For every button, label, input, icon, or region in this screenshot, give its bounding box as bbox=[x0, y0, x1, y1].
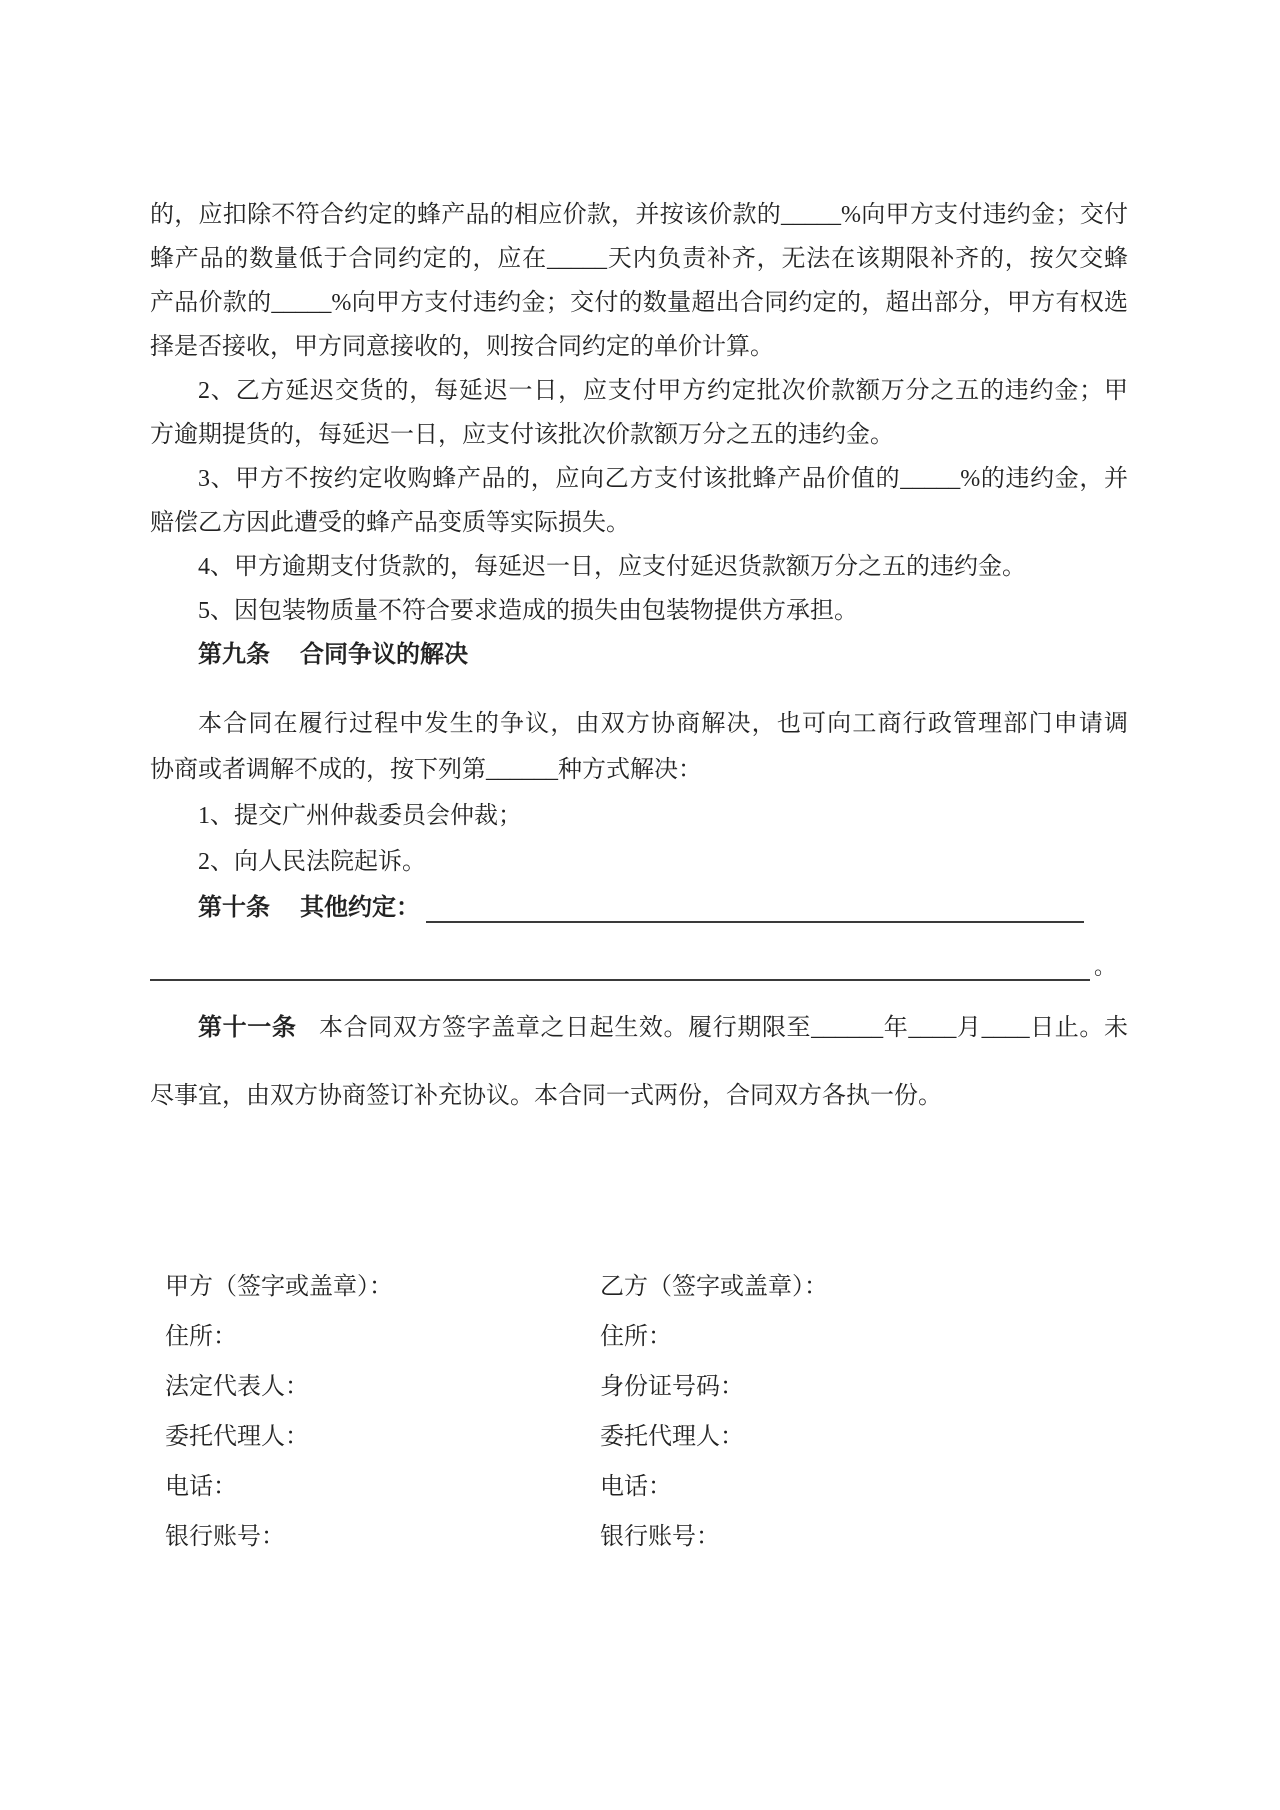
signature-party-a: 甲方（签字或盖章）： 住所： 法定代表人： 委托代理人： 电话： 银行账号： bbox=[165, 1262, 600, 1562]
party-b-phone: 电话： bbox=[600, 1462, 828, 1512]
body-line-item3: 3、甲方不按约定收购蜂产品的，应向乙方支付该批蜂产品价值的_____%的违约金，… bbox=[150, 457, 1128, 501]
clause9-heading: 第九条合同争议的解决 bbox=[150, 633, 1128, 677]
body-line-item4: 4、甲方逾期支付货款的，每延迟一日，应支付延迟货款额万分之五的违约金。 bbox=[150, 545, 1128, 589]
body-line: 择是否接收，甲方同意接收的，则按合同约定的单价计算。 bbox=[150, 325, 1128, 369]
clause9-option1: 1、提交广州仲裁委员会仲裁； bbox=[150, 793, 1128, 839]
clause10-label: 第十条 bbox=[198, 885, 270, 931]
clause11-label: 第十一条 bbox=[198, 1015, 296, 1041]
body-line: 的，应扣除不符合约定的蜂产品的相应价款，并按该价款的_____%向甲方支付违约金… bbox=[150, 193, 1128, 237]
party-a-address: 住所： bbox=[165, 1312, 600, 1362]
body-line-item2: 2、乙方延迟交货的，每延迟一日，应支付甲方约定批次价款额万分之五的违约金；甲 bbox=[150, 369, 1128, 413]
blank-end-punct: 。 bbox=[1090, 945, 1116, 989]
party-a-title: 甲方（签字或盖章）： bbox=[165, 1262, 600, 1312]
contract-body: 的，应扣除不符合约定的蜂产品的相应价款，并按该价款的_____%向甲方支付违约金… bbox=[150, 193, 1128, 1130]
party-b-address: 住所： bbox=[600, 1312, 828, 1362]
party-b-bank: 银行账号： bbox=[600, 1512, 828, 1562]
party-a-legal-rep: 法定代表人： bbox=[165, 1362, 600, 1412]
clause9-option2: 2、向人民法院起诉。 bbox=[150, 839, 1128, 885]
heading-spacer bbox=[270, 885, 300, 931]
blank-underline bbox=[150, 945, 1090, 981]
clause9-title: 合同争议的解决 bbox=[300, 642, 468, 668]
clause10-heading: 第十条其他约定： bbox=[150, 885, 1128, 931]
body-line: 产品价款的_____%向甲方支付违约金；交付的数量超出合同约定的，超出部分，甲方… bbox=[150, 281, 1128, 325]
body-line-item5: 5、因包装物质量不符合要求造成的损失由包装物提供方承担。 bbox=[150, 589, 1128, 633]
contract-page: 的，应扣除不符合约定的蜂产品的相应价款，并按该价款的_____%向甲方支付违约金… bbox=[0, 0, 1280, 1810]
clause9-label: 第九条 bbox=[198, 642, 270, 668]
clause10-blank-underline bbox=[426, 885, 1084, 923]
signature-block: 甲方（签字或盖章）： 住所： 法定代表人： 委托代理人： 电话： 银行账号： 乙… bbox=[165, 1262, 828, 1562]
party-a-agent: 委托代理人： bbox=[165, 1412, 600, 1462]
signature-party-b: 乙方（签字或盖章）： 住所： 身份证号码： 委托代理人： 电话： 银行账号： bbox=[600, 1262, 828, 1562]
clause11-line1: 第十一条本合同双方签字盖章之日起生效。履行期限至______年____月____… bbox=[150, 994, 1128, 1062]
clause9-body-line: 本合同在履行过程中发生的争议，由双方协商解决，也可向工商行政管理部门申请调解； bbox=[150, 701, 1128, 747]
party-a-bank: 银行账号： bbox=[165, 1512, 600, 1562]
body-line: 方逾期提货的，每延迟一日，应支付该批次价款额万分之五的违约金。 bbox=[150, 413, 1128, 457]
clause9-body-line: 协商或者调解不成的，按下列第______种方式解决： bbox=[150, 747, 1128, 793]
clause11-line2: 尽事宜，由双方协商签订补充协议。本合同一式两份，合同双方各执一份。 bbox=[150, 1062, 1128, 1130]
clause11-text: 本合同双方签字盖章之日起生效。履行期限至______年____月____日止。未 bbox=[318, 1015, 1128, 1041]
party-b-title: 乙方（签字或盖章）： bbox=[600, 1262, 828, 1312]
party-b-agent: 委托代理人： bbox=[600, 1412, 828, 1462]
clause10-title: 其他约定： bbox=[300, 885, 420, 931]
party-a-phone: 电话： bbox=[165, 1462, 600, 1512]
clause10-blank-continuation: 。 bbox=[150, 945, 1128, 989]
body-line: 蜂产品的数量低于合同约定的，应在_____天内负责补齐，无法在该期限补齐的，按欠… bbox=[150, 237, 1128, 281]
party-b-id-number: 身份证号码： bbox=[600, 1362, 828, 1412]
body-line: 赔偿乙方因此遭受的蜂产品变质等实际损失。 bbox=[150, 501, 1128, 545]
